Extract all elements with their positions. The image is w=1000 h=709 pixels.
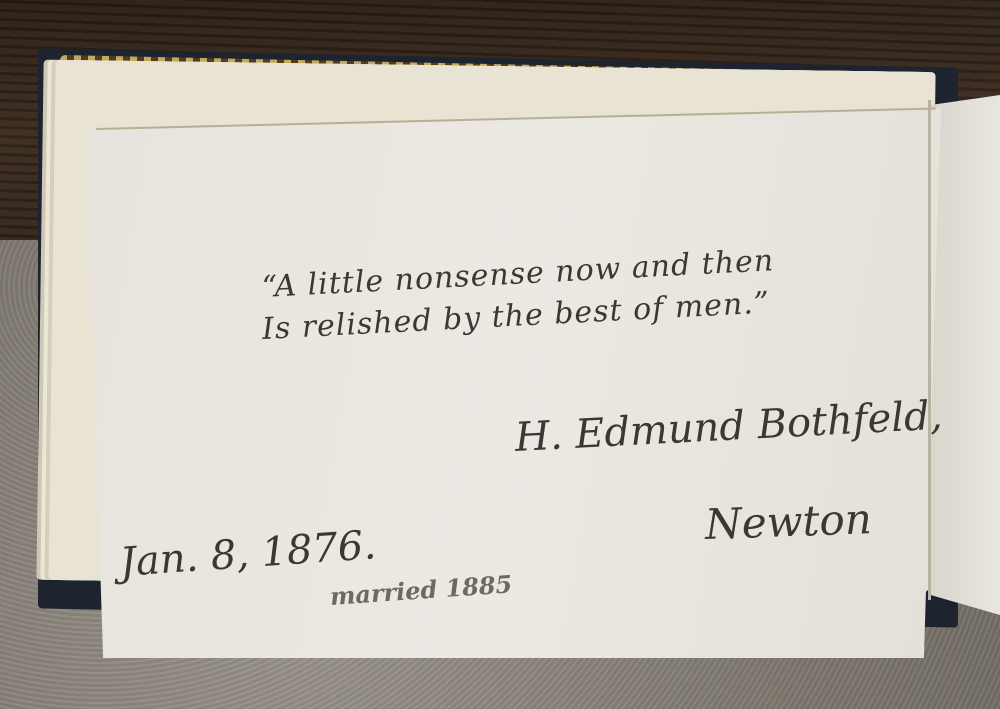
binding-gutter xyxy=(928,100,931,600)
place-name: Newton xyxy=(704,494,872,549)
